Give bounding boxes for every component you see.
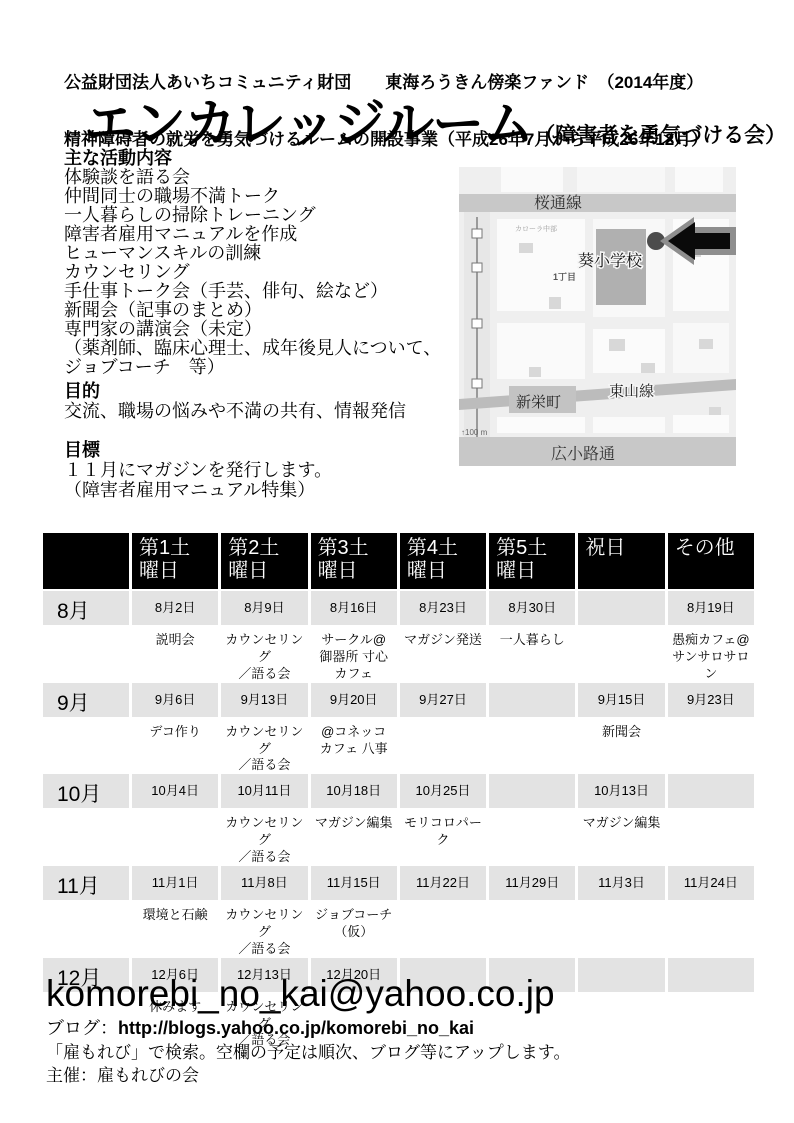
table-row-october-activities: カウンセリング ／語る会 マガジン編集 モリコロパーク マガジン編集 [43,808,754,866]
contact-email: komorebi_no_kai@yahoo.co.jp [46,972,570,1016]
activity-cell: ジョブコーチ （仮） [311,900,397,958]
table-row-august-dates: 8月 8月2日 8月9日 8月16日 8月23日 8月30日 8月19日 [43,591,754,625]
purpose-text: 交流、職場の悩みや不満の共有、情報発信 [64,401,406,421]
date-cell: 9月15日 [578,683,664,717]
date-cell: 8月16日 [311,591,397,625]
activity-cell [489,808,575,866]
map-small-label-2: 1丁目 [553,271,576,282]
activity-cell [400,900,486,958]
activity-item: 体験談を語る会 [64,168,441,187]
activity-cell [578,625,664,683]
month-spacer [43,717,129,775]
column-header-sat3: 第3土 曜日 [311,533,397,591]
date-cell: 11月15日 [311,866,397,900]
date-cell: 10月11日 [221,774,307,808]
map-scale-label: ↑100 m [461,428,488,437]
activity-item: 仲間同士の職場不満トーク [64,187,441,206]
activity-cell: モリコロパーク [400,808,486,866]
purpose-heading: 目的 [64,382,406,401]
station-label: 新栄町 [516,394,561,411]
activity-cell: マガジン編集 [578,808,664,866]
date-cell: 10月25日 [400,774,486,808]
month-label: 11月 [43,866,129,900]
activity-cell: 環境と石鹸 [132,900,218,958]
date-cell: 10月18日 [311,774,397,808]
activity-cell [668,717,754,775]
date-cell: 9月13日 [221,683,307,717]
column-header-sat2: 第2土 曜日 [221,533,307,591]
column-header-holiday: 祝日 [578,533,664,591]
activity-cell: 説明会 [132,625,218,683]
date-cell: 8月19日 [668,591,754,625]
activity-cell [489,717,575,775]
month-label: 9月 [43,683,129,717]
title-suffix: （障害者を勇気づける会） [534,124,786,147]
date-cell: 11月1日 [132,866,218,900]
location-map: 桜通線 葵小学校 カローラ中部 1丁目 新栄町 東山線 広小路通 ↑100 m [459,167,736,466]
goal-text-1: １１月にマガジンを発行します。 [64,460,332,480]
blog-label: ブログ： [46,1018,118,1038]
activity-item: 一人暮らしの掃除トレーニング [64,206,441,225]
date-cell: 8月30日 [489,591,575,625]
search-note: 「雇もれび」で検索。空欄の予定は順次、ブログ等にアップします。 [46,1041,570,1064]
date-cell: 11月22日 [400,866,486,900]
table-row-november-activities: 環境と石鹸 カウンセリング ／語る会 ジョブコーチ （仮） [43,900,754,958]
date-cell [489,683,575,717]
blog-line: ブログ：http://blogs.yahoo.co.jp/komorebi_no… [46,1016,570,1041]
activity-cell [578,992,664,1050]
activity-item: （薬剤師、臨床心理士、成年後見人について、 [64,339,441,358]
goal-heading: 目標 [64,441,332,460]
activity-cell: マガジン編集 [311,808,397,866]
date-cell [668,958,754,992]
month-label: 8月 [43,591,129,625]
blog-url: http://blogs.yahoo.co.jp/komorebi_no_kai [118,1018,474,1038]
activity-cell [400,717,486,775]
table-row-november-dates: 11月 11月1日 11月8日 11月15日 11月22日 11月29日 11月… [43,866,754,900]
road-sakura-label: 桜通線 [534,194,582,212]
purpose-section: 目的 交流、職場の悩みや不満の共有、情報発信 [64,382,406,421]
column-header-sat5: 第5土 曜日 [489,533,575,591]
date-cell: 11月3日 [578,866,664,900]
date-cell: 11月24日 [668,866,754,900]
activity-cell [489,900,575,958]
date-cell: 11月8日 [221,866,307,900]
map-small-label-1: カローラ中部 [515,224,557,233]
activity-cell: デコ作り [132,717,218,775]
date-cell [578,958,664,992]
activity-cell: カウンセリング ／語る会 [221,808,307,866]
activity-item: カウンセリング [64,263,441,282]
activities-heading: 主な活動内容 [64,149,441,168]
date-cell [668,774,754,808]
road-higashiyama-label: 東山線 [609,383,654,400]
activity-cell: マガジン発送 [400,625,486,683]
date-cell: 8月9日 [221,591,307,625]
table-row-august-activities: 説明会 カウンセリング ／語る会 サークル@ 御器所 寸心 カフェ マガジン発送… [43,625,754,683]
month-spacer [43,625,129,683]
activity-cell [668,900,754,958]
activity-item: 障害者雇用マニュアルを作成 [64,225,441,244]
activity-cell: 一人暮らし [489,625,575,683]
column-header-sat4: 第4土 曜日 [400,533,486,591]
activity-cell: カウンセリング ／語る会 [221,900,307,958]
activity-cell: カウンセリング ／語る会 [221,625,307,683]
activity-cell [668,808,754,866]
column-header-other: その他 [668,533,754,591]
road-hirokoji-label: 広小路通 [551,445,615,463]
goal-section: 目標 １１月にマガジンを発行します。 （障害者雇用マニュアル特集） [64,441,332,500]
date-cell [578,591,664,625]
activity-cell: 愚痴カフェ@ サンサロサロン [668,625,754,683]
activity-cell: @コネッコ カフェ 八事 [311,717,397,775]
activity-cell: サークル@ 御器所 寸心 カフェ [311,625,397,683]
organizer: 主催：雇もれびの会 [46,1064,570,1087]
activity-cell [578,900,664,958]
activity-item: ヒューマンスキルの訓練 [64,244,441,263]
activities-section: 主な活動内容 体験談を語る会 仲間同士の職場不満トーク 一人暮らしの掃除トレーニ… [64,149,441,377]
title-main: エンカレッジルーム [84,96,532,154]
schedule-header-row: 第1土 曜日 第2土 曜日 第3土 曜日 第4土 曜日 第5土 曜日 祝日 その… [43,533,754,591]
activity-item: 手仕事トーク会（手芸、俳句、絵など） [64,282,441,301]
goal-text-2: （障害者雇用マニュアル特集） [64,480,332,500]
footer: komorebi_no_kai@yahoo.co.jp ブログ：http://b… [46,972,570,1087]
date-cell: 8月23日 [400,591,486,625]
column-header-month [43,533,129,591]
activity-cell [132,808,218,866]
school-label: 葵小学校 [578,252,643,270]
date-cell: 10月13日 [578,774,664,808]
month-label: 10月 [43,774,129,808]
table-row-september-activities: デコ作り カウンセリング ／語る会 @コネッコ カフェ 八事 新聞会 [43,717,754,775]
month-spacer [43,808,129,866]
activity-item: 専門家の講演会（未定） [64,320,441,339]
column-header-sat1: 第1土 曜日 [132,533,218,591]
activity-cell: 新聞会 [578,717,664,775]
table-row-september-dates: 9月 9月6日 9月13日 9月20日 9月27日 9月15日 9月23日 [43,683,754,717]
table-row-october-dates: 10月 10月4日 10月11日 10月18日 10月25日 10月13日 [43,774,754,808]
date-cell: 9月27日 [400,683,486,717]
page-title: エンカレッジルーム（障害者を勇気づける会） [84,82,786,157]
date-cell [489,774,575,808]
date-cell: 9月23日 [668,683,754,717]
road-sakura-line [459,194,736,212]
date-cell: 10月4日 [132,774,218,808]
activity-item: 新聞会（記事のまとめ） [64,301,441,320]
month-spacer [43,900,129,958]
activity-item: ジョブコーチ 等） [64,358,441,377]
date-cell: 11月29日 [489,866,575,900]
date-cell: 8月2日 [132,591,218,625]
date-cell: 9月20日 [311,683,397,717]
activity-cell: カウンセリング ／語る会 [221,717,307,775]
activity-cell [668,992,754,1050]
date-cell: 9月6日 [132,683,218,717]
